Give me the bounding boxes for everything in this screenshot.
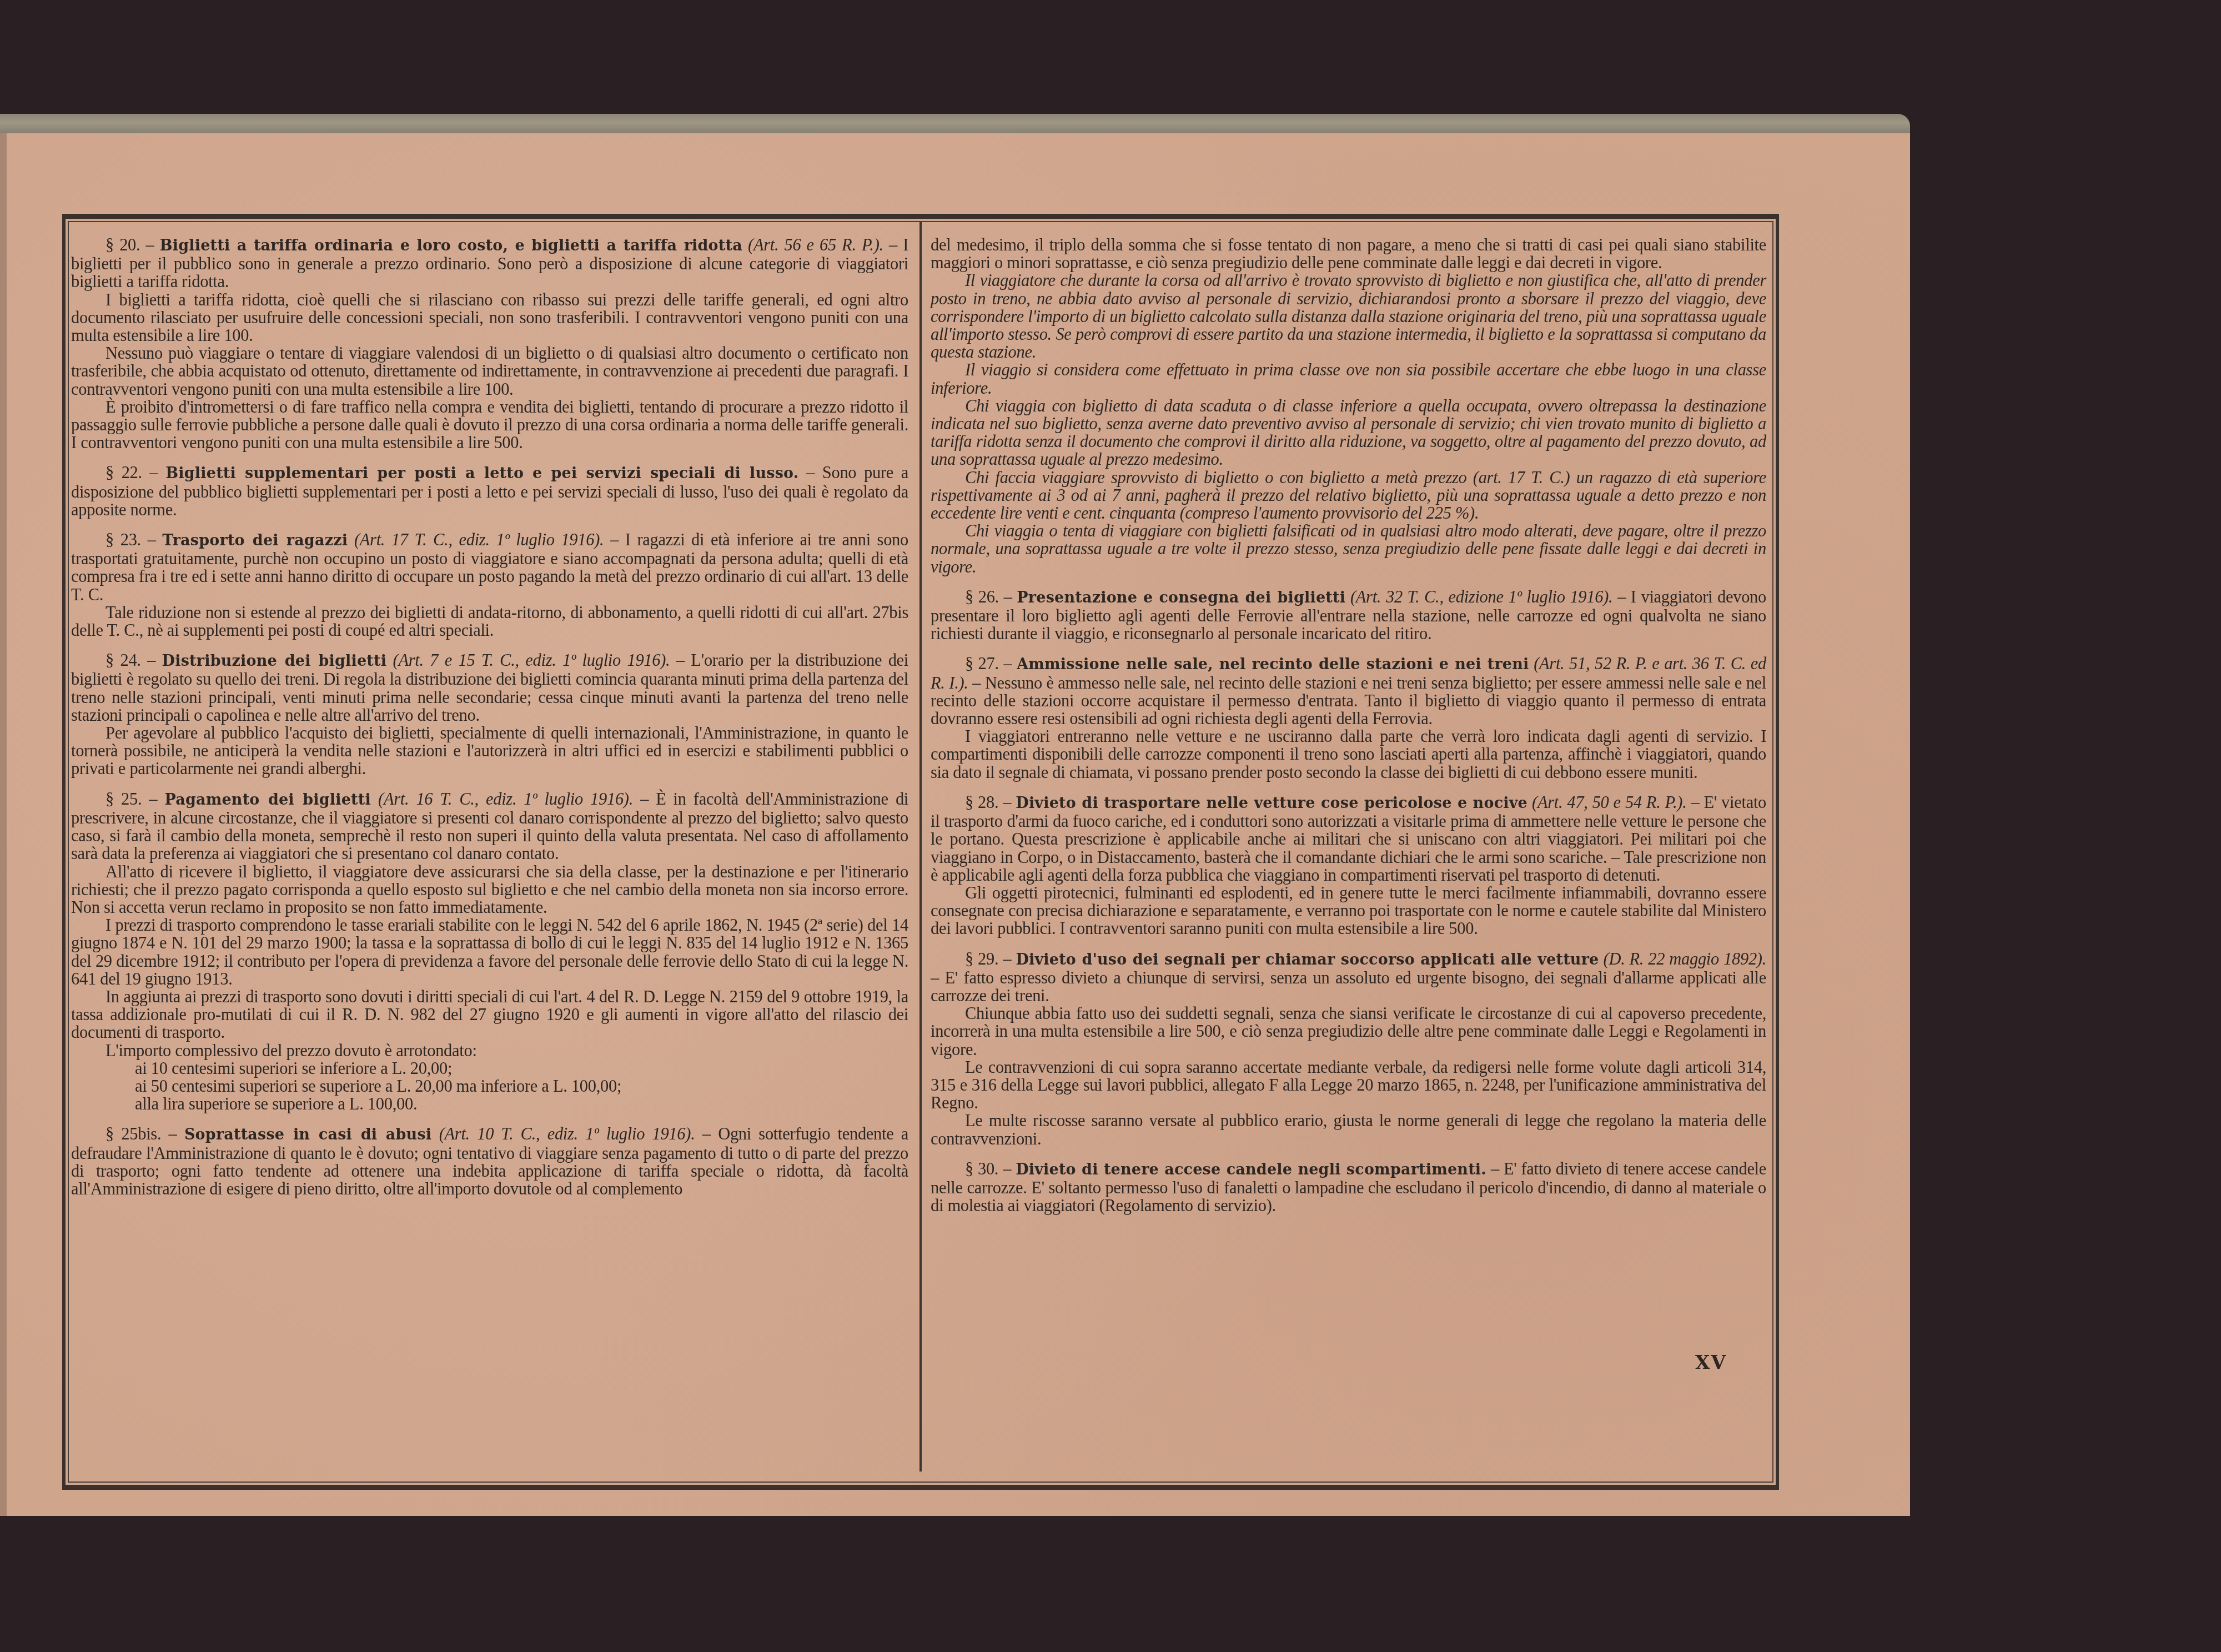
- section-22: § 22. – Biglietti supplementari per post…: [71, 464, 908, 519]
- section-citation: (Art. 16 T. C., ediz. 1º luglio 1916).: [378, 790, 633, 809]
- section-citation: (Art. 47, 50 e 54 R. P.).: [1532, 793, 1686, 812]
- rounding-rule: ai 50 centesimi superiori se superiore a…: [71, 1077, 908, 1095]
- section-number: § 25bis. –: [105, 1124, 177, 1143]
- section-29: § 29. – Divieto d'uso dei segnali per ch…: [931, 950, 1766, 1148]
- paragraph: Per agevolare al pubblico l'acquisto dei…: [71, 724, 908, 778]
- section-number: § 25. –: [105, 790, 157, 809]
- section-number: § 29. –: [965, 950, 1011, 968]
- section-number: § 26. –: [965, 588, 1012, 606]
- section-citation: (D. R. 22 maggio 1892).: [1604, 950, 1766, 968]
- italic-paragraph: Chi faccia viaggiare sprovvisto di bigli…: [931, 469, 1766, 523]
- section-citation: (Art. 7 e 15 T. C., ediz. 1º luglio 1916…: [393, 651, 670, 670]
- section-number: § 27. –: [965, 654, 1012, 673]
- rounding-rule: alla lira superiore se superiore a L. 10…: [71, 1095, 908, 1113]
- section-28: § 28. – Divieto di trasportare nelle vet…: [931, 794, 1766, 938]
- paragraph: I viaggiatori entreranno nelle vetture e…: [931, 727, 1766, 781]
- section-27: § 27. – Ammissione nelle sale, nel recin…: [931, 655, 1766, 781]
- paragraph: Chiunque abbia fatto uso dei suddetti se…: [931, 1005, 1766, 1058]
- section-25bis: § 25bis. – Soprattasse in casi di abusi …: [71, 1125, 908, 1198]
- section-citation: (Art. 32 T. C., edizione 1º luglio 1916)…: [1350, 588, 1612, 606]
- section-number: § 20. –: [105, 235, 154, 254]
- section-title: Soprattasse in casi di abusi: [184, 1126, 431, 1143]
- continuation-paragraph: del medesimo, il triplo della somma che …: [931, 236, 1766, 272]
- section-title: Pagamento dei biglietti: [164, 791, 370, 809]
- paragraph: All'atto di ricevere il biglietto, il vi…: [71, 863, 908, 917]
- section-citation: (Art. 10 T. C., ediz. 1º luglio 1916).: [439, 1124, 695, 1143]
- section-lead-text: – E' fatto espresso divieto a chiunque d…: [931, 968, 1766, 1005]
- section-26: § 26. – Presentazione e consegna dei big…: [931, 588, 1766, 643]
- section-number: § 30. –: [965, 1159, 1011, 1178]
- italic-paragraph: Il viaggiatore che durante la corsa od a…: [931, 272, 1766, 361]
- paragraph: Gli oggetti pirotecnici, fulminanti ed e…: [931, 884, 1766, 938]
- page-stack-edge: [0, 114, 1910, 136]
- section-number: § 28. –: [965, 793, 1011, 812]
- page-binding-edge: [0, 133, 7, 1516]
- paragraph: Le contravvenzioni di cui sopra saranno …: [931, 1058, 1766, 1112]
- paragraph: È proibito d'intromettersi o di fare tra…: [71, 398, 908, 452]
- section-number: § 23. –: [105, 530, 156, 549]
- paragraph: Tale riduzione non si estende al prezzo …: [71, 604, 908, 639]
- page-number: XV: [1695, 1352, 1727, 1374]
- section-citation: (Art. 17 T. C., ediz. 1º luglio 1916).: [354, 530, 604, 549]
- section-24: § 24. – Distribuzione dei biglietti (Art…: [71, 651, 908, 777]
- italic-paragraph: Il viaggio si considera come effettuato …: [931, 361, 1766, 396]
- paragraph: In aggiunta ai prezzi di trasporto sono …: [71, 988, 908, 1042]
- paragraph: Le multe riscosse saranno versate al pub…: [931, 1112, 1766, 1147]
- section-30: § 30. – Divieto di tenere accese candele…: [931, 1160, 1766, 1215]
- section-25: § 25. – Pagamento dei biglietti (Art. 16…: [71, 790, 908, 1113]
- italic-paragraph: Chi viaggia con biglietto di data scadut…: [931, 397, 1766, 469]
- section-title: Biglietti a tariffa ordinaria e loro cos…: [160, 237, 742, 254]
- section-23: § 23. – Trasporto dei ragazzi (Art. 17 T…: [71, 531, 908, 639]
- section-title: Ammissione nelle sale, nel recinto delle…: [1017, 656, 1529, 673]
- section-lead-text: – Nessuno è ammesso nelle sale, nel reci…: [931, 674, 1766, 728]
- section-number: § 22. –: [105, 463, 158, 482]
- section-20: § 20. – Biglietti a tariffa ordinaria e …: [71, 236, 908, 451]
- section-title: Distribuzione dei biglietti: [162, 652, 386, 670]
- paragraph: I biglietti a tariffa ridotta, cioè quel…: [71, 291, 908, 345]
- left-column: § 20. – Biglietti a tariffa ordinaria e …: [71, 236, 908, 1198]
- section-title: Presentazione e consegna dei biglietti: [1017, 589, 1345, 606]
- section-citation: (Art. 56 e 65 R. P.).: [748, 235, 883, 254]
- section-title: Trasporto dei ragazzi: [162, 532, 348, 549]
- section-title: Divieto di trasportare nelle vetture cos…: [1016, 795, 1527, 812]
- section-title: Divieto di tenere accese candele negli s…: [1016, 1161, 1486, 1178]
- paragraph: L'importo complessivo del prezzo dovuto …: [71, 1042, 908, 1060]
- section-title: Biglietti supplementari per posti a lett…: [165, 465, 798, 482]
- rounding-rule: ai 10 centesimi superiori se inferiore a…: [71, 1060, 908, 1077]
- column-divider: [919, 222, 922, 1472]
- paragraph: I prezzi di trasporto comprendono le tas…: [71, 916, 908, 988]
- right-column: del medesimo, il triplo della somma che …: [931, 236, 1766, 1214]
- section-title: Divieto d'uso dei segnali per chiamar so…: [1016, 951, 1599, 968]
- section-number: § 24. –: [105, 651, 155, 670]
- paragraph: Nessuno può viaggiare o tentare di viagg…: [71, 344, 908, 398]
- italic-paragraph: Chi viaggia o tenta di viaggiare con big…: [931, 522, 1766, 576]
